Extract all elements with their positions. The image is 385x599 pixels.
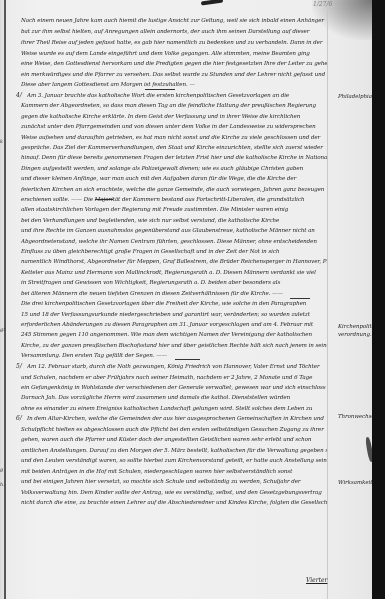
text-line: gehen, waren auch die Pfarrer und Küster… xyxy=(21,435,327,445)
text-line: Weise wurde es auf dem Lande eingeführt … xyxy=(21,49,327,59)
text-line: Kirche, zu der ganzen preußischen Bischo… xyxy=(21,341,327,351)
text-line: ein Gefangenkönig in Wohlstande der vers… xyxy=(21,383,327,393)
text-line: eine Weise, den Gottesdienst hervorkam u… xyxy=(21,59,327,69)
paragraph-number: 6/ xyxy=(16,414,22,424)
text-line: namentlich Windthorst, Abgeordneter für … xyxy=(21,257,327,267)
manuscript-page: 1/27/6 Nach einem neuen Jahre kam auch h… xyxy=(0,0,372,599)
text-line: ein merkwürdiges und die Pfarrer zu vers… xyxy=(21,70,327,80)
text-line: Versammlung. Den ersten Tag gefällt der … xyxy=(21,351,327,361)
text-line: Dingen aufgestellt werden, und solange a… xyxy=(21,164,327,174)
left-margin-mark: h. xyxy=(0,482,5,488)
separator-dash xyxy=(290,298,310,299)
text-line: mit beiden Anträgen in die Hof mit Schul… xyxy=(21,467,327,477)
text-line: Kammern der Abgeordneten, so dass man di… xyxy=(21,101,327,111)
text-line: Darnach Jah. Das vorzügliche Herrn wird … xyxy=(21,393,327,403)
paragraph-number: 4/ xyxy=(16,91,22,101)
catchword: Vierter xyxy=(306,577,327,584)
text-line: Ketteler aus Mainz und Hermann von Malli… xyxy=(21,268,327,278)
text-line: In dem Altar-Kirchen, welche die Gemeind… xyxy=(27,414,327,424)
text-line: bat zur ihm selbst hielten, auf Anregung… xyxy=(21,27,327,37)
text-line: bei den Verhandlungen und begleitenden, … xyxy=(21,216,327,226)
text-line: in Streitfragen und Gewissen von Wichtig… xyxy=(21,278,327,288)
text-line: und den Leuten verständigt waren, so sol… xyxy=(21,456,327,466)
margin-note: Thronwechsel xyxy=(338,413,376,421)
text-line: gegen die katholische Kirche erklärte. I… xyxy=(21,112,327,122)
text-line: Am 12. Februar starb, durch die Noth gez… xyxy=(27,362,327,372)
text-line: Am 3. Januar brachte das katholische Wor… xyxy=(27,91,327,101)
text-line: allen staatskirchlichen Vorlagen der Reg… xyxy=(21,205,327,215)
text-line: gespräche. Das Ziel der Kammerverhandlun… xyxy=(21,143,327,153)
separator-dash xyxy=(145,89,175,90)
text-line: erschienen sollte. —— Die Majorität der … xyxy=(21,195,327,205)
margin-note: Philadelphia. xyxy=(338,93,374,101)
text-line: Die drei kirchenpolitischen Gesetzvorlag… xyxy=(21,299,327,309)
text-line: Schulpflicht hielten es abgeschlossen au… xyxy=(21,425,327,435)
text-line: und ihre Rechte im Ganzen ausnahmslos ge… xyxy=(21,226,327,236)
text-line: und Schulen, nachdem er aber Frühjahrs n… xyxy=(21,373,327,383)
separator-dash xyxy=(175,359,200,360)
margin-note-line: Thronwechsel xyxy=(338,413,376,421)
text-line: hinauf. Denn für diese bereits genommene… xyxy=(21,153,327,163)
separator-dash xyxy=(95,199,113,200)
text-line: ohne es einander zu einem Ereigniss kath… xyxy=(21,404,327,414)
text-line: amtlichen Anstellungen. Darauf zu den Mo… xyxy=(21,446,327,456)
text-line: und dieser kleinen Anfänge, war man auch… xyxy=(21,174,327,184)
text-line: 245 Stimmen gegen 110 angenommen. Wie ma… xyxy=(21,330,327,340)
text-line: Weise aufsehen und daraufhin getrieben, … xyxy=(21,133,327,143)
folio-number: 1/27/6 xyxy=(313,1,332,8)
text-line: zunächst unter den Pfarrgemeinden und vo… xyxy=(21,122,327,132)
text-line: bei älteren Männern die neuen tiefsten G… xyxy=(21,289,327,299)
text-line: ihrer Theil Reise auf jeden gefasst hatt… xyxy=(21,38,327,48)
paragraph-number: 5/ xyxy=(16,362,22,372)
text-line: 15 und 18 der Verfassungsurkunde niederg… xyxy=(21,310,327,320)
left-margin-mark: g xyxy=(0,467,3,473)
left-margin-mark: k xyxy=(0,139,3,145)
margin-rule xyxy=(327,0,328,599)
text-line: nicht durch die eine, zu brachte einen L… xyxy=(21,498,327,508)
text-line: Volksverwaltung hin. Dem Kinder sollte d… xyxy=(21,488,327,498)
text-line: erforderlichen Abänderungen zu diesen Pa… xyxy=(21,320,327,330)
text-line: Abgeordnetenstand, welche ihr Namen Cent… xyxy=(21,237,327,247)
ink-stroke-mark xyxy=(201,0,223,6)
scan-edge xyxy=(372,0,385,599)
text-line: Nach einem neuen Jahre kam auch hiemit d… xyxy=(21,16,327,26)
left-margin-mark: gr xyxy=(0,327,6,333)
binding-line xyxy=(4,0,6,599)
text-line: und bei einigen Jahren hier versetzt, so… xyxy=(21,477,327,487)
margin-note-line: Philadelphia. xyxy=(338,93,374,101)
text-line: feierlichen Kirchen an sich erachtete, w… xyxy=(21,185,327,195)
text-line: Einfluss zu üben gleichberechtigt große … xyxy=(21,247,327,257)
scanned-document: 1/27/6 Nach einem neuen Jahre kam auch h… xyxy=(0,0,385,599)
